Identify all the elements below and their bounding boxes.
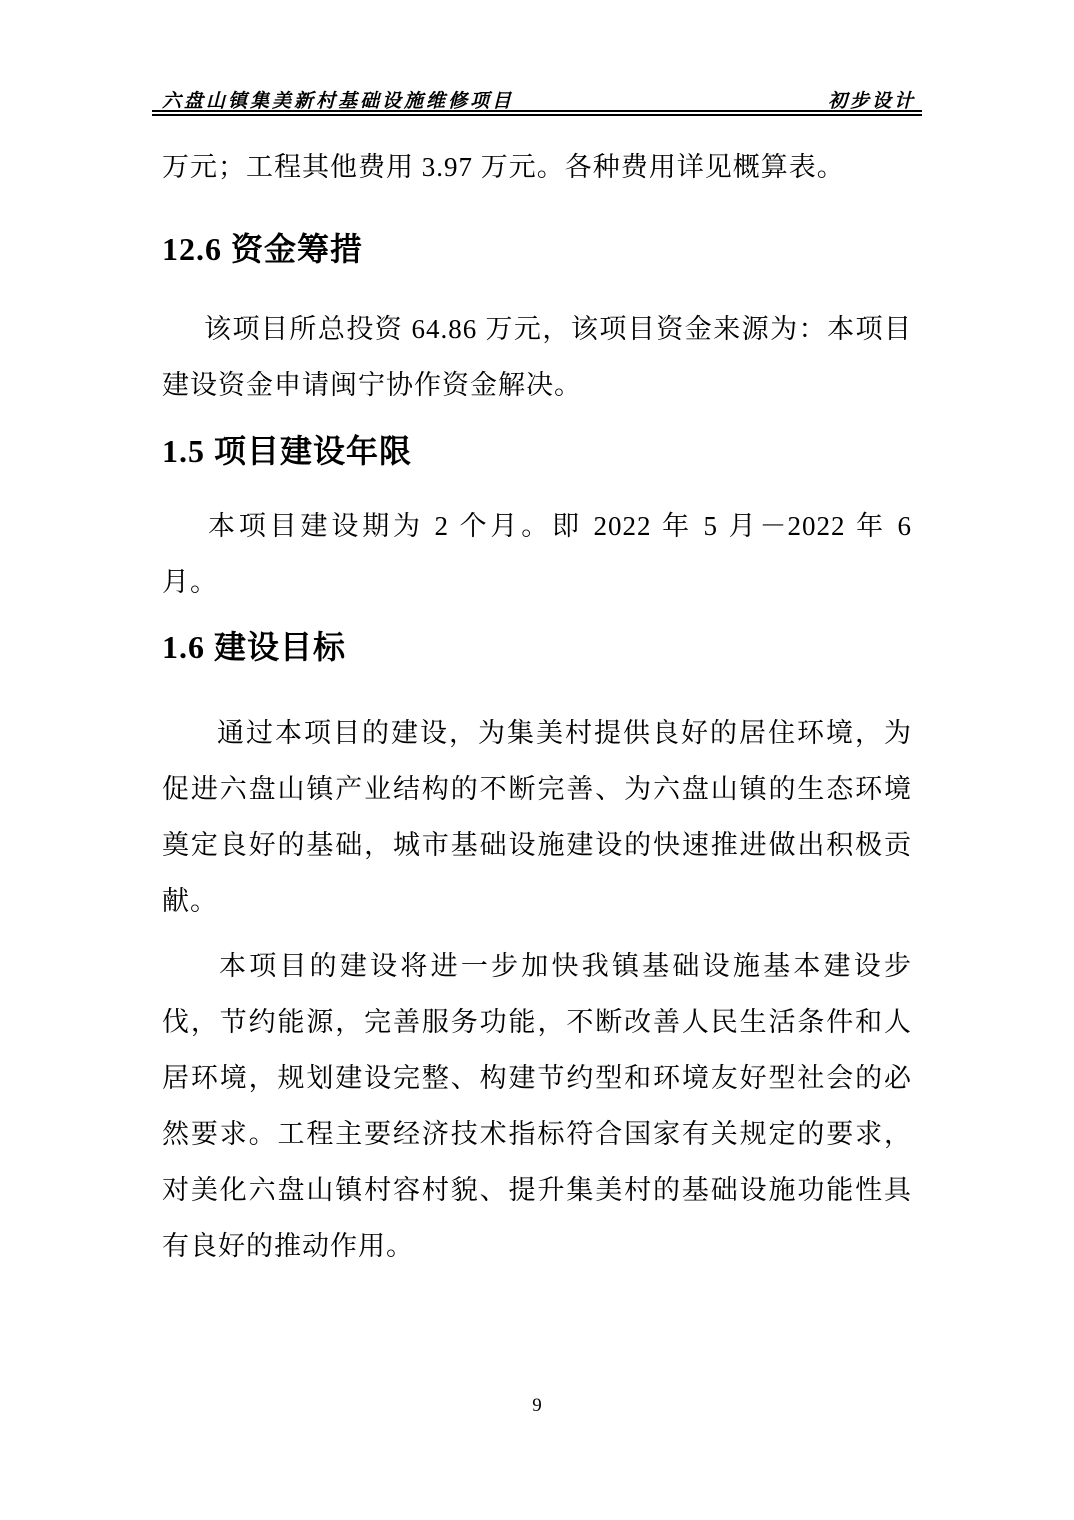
section-heading-1-6: 1.6 建设目标 (162, 626, 912, 668)
section-heading-12-6: 12.6 资金筹措 (162, 228, 912, 270)
document-body: 万元；工程其他费用 3.97 万元。各种费用详见概算表。 12.6 资金筹措 该… (162, 139, 912, 1274)
paragraph-construction-period: 本项目建设期为 2 个月。即 2022 年 5 月－2022 年 6 月。 (162, 498, 912, 610)
section-heading-1-5: 1.5 项目建设年限 (162, 430, 912, 472)
document-page: 六盘山镇集美新村基础设施维修项目 初步设计 万元；工程其他费用 3.97 万元。… (0, 0, 1074, 1520)
page-number: 9 (0, 1394, 1074, 1418)
paragraph-funding: 该项目所总投资 64.86 万元，该项目资金来源为：本项目建设资金申请闽宁协作资… (162, 301, 912, 413)
paragraph-cost-summary: 万元；工程其他费用 3.97 万元。各种费用详见概算表。 (162, 139, 912, 195)
header-document-title: 六盘山镇集美新村基础设施维修项目 (162, 86, 514, 113)
header-double-rule (152, 110, 922, 116)
paragraph-goal-1: 通过本项目的建设，为集美村提供良好的居住环境，为促进六盘山镇产业结构的不断完善、… (162, 705, 912, 929)
page-number-value: 9 (532, 1395, 542, 1416)
running-header: 六盘山镇集美新村基础设施维修项目 初步设计 (162, 86, 916, 113)
header-stage-label: 初步设计 (828, 86, 916, 113)
paragraph-goal-2: 本项目的建设将进一步加快我镇基础设施基本建设步伐，节约能源，完善服务功能，不断改… (162, 938, 912, 1274)
